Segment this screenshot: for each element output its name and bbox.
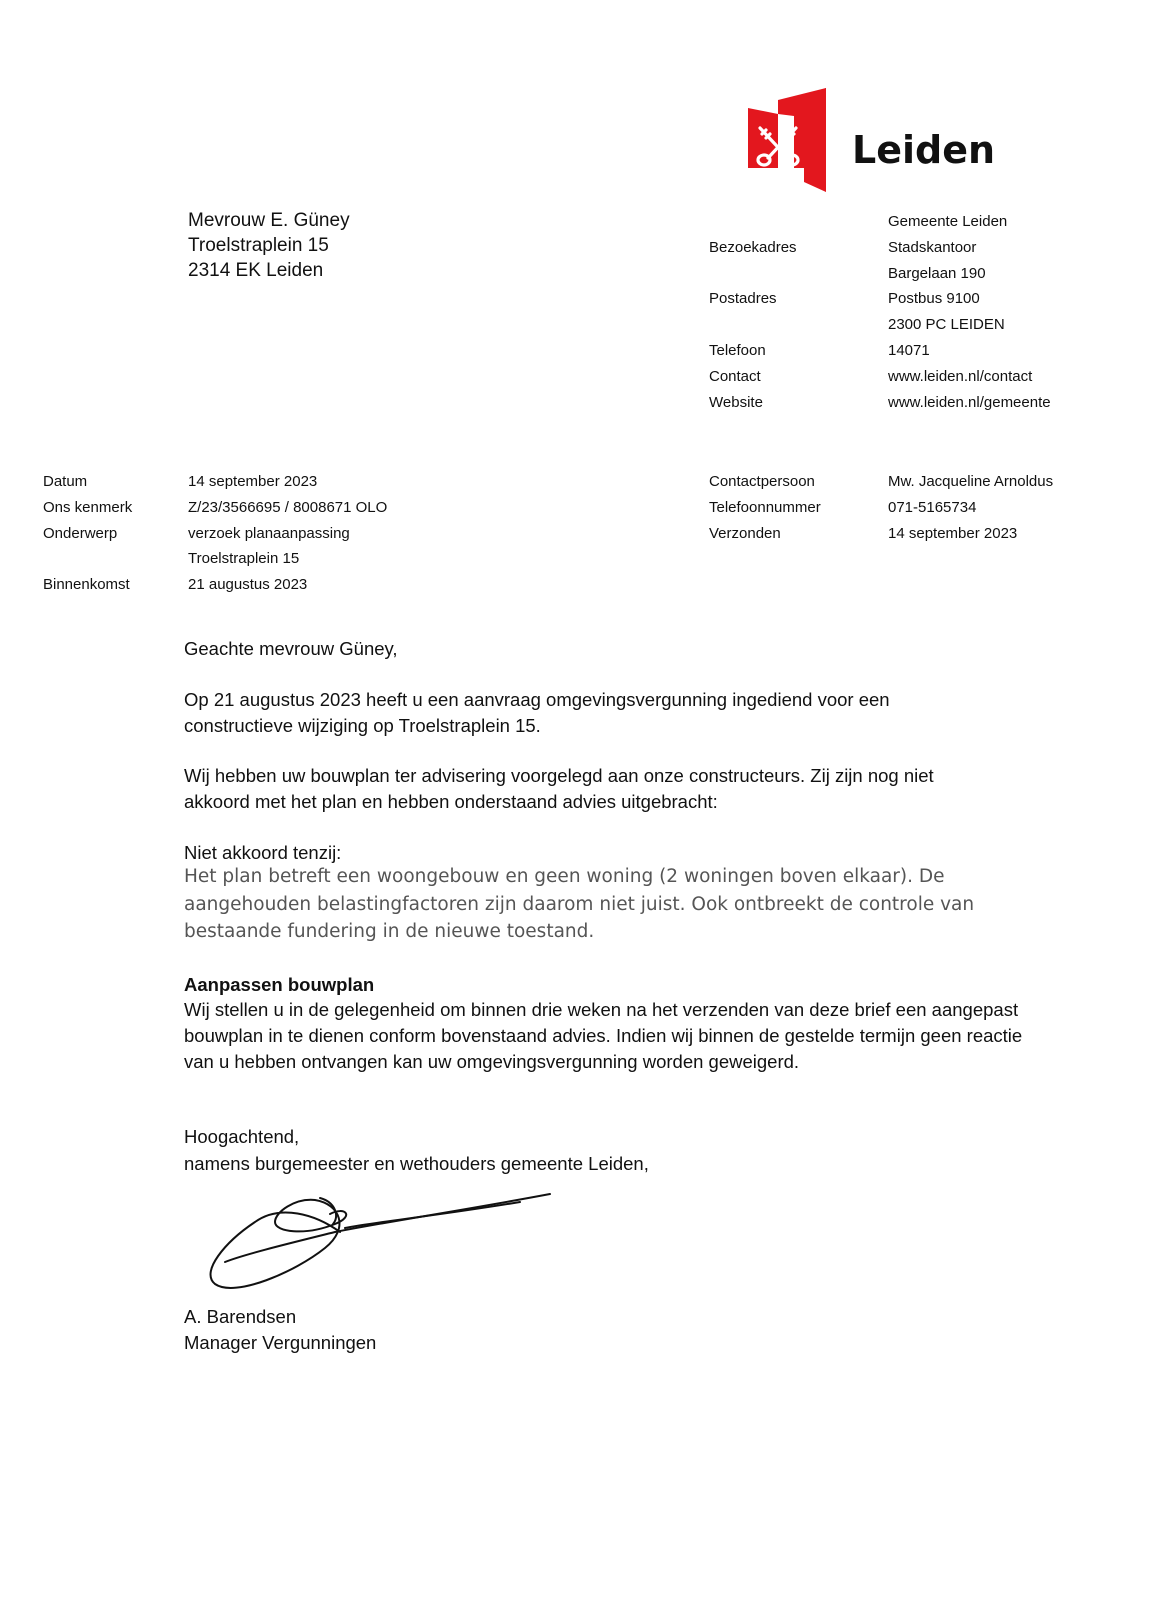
brand-name: Leiden xyxy=(852,128,995,172)
sender-organization: Gemeente Leiden xyxy=(888,209,1051,235)
recipient-city: 2314 EK Leiden xyxy=(188,258,350,283)
contact-label: Verzonden xyxy=(709,521,821,547)
closing: Hoogachtend, xyxy=(184,1124,1044,1150)
signatory-title: Manager Vergunningen xyxy=(184,1330,1044,1356)
reference-label: Ons kenmerk xyxy=(43,495,132,521)
sender-info-label: Website xyxy=(709,390,797,416)
sender-info-label: Telefoon xyxy=(709,338,797,364)
sender-info-label: Postadres xyxy=(709,286,797,312)
salutation: Geachte mevrouw Güney, xyxy=(184,636,1044,662)
recipient-address: Mevrouw E. Güney Troelstraplein 15 2314 … xyxy=(188,208,350,283)
postal-address-city: 2300 PC LEIDEN xyxy=(888,312,1051,338)
contact-values: Mw. Jacqueline Arnoldus 071-5165734 14 s… xyxy=(888,469,1053,546)
sender-info-label xyxy=(709,312,797,338)
sender-info-labels: Bezoekadres Postadres Telefoon Contact W… xyxy=(709,209,797,415)
subject-address-value: Troelstraplein 15 xyxy=(188,546,387,572)
sent-date-value: 14 september 2023 xyxy=(888,521,1053,547)
signatory-name: A. Barendsen xyxy=(184,1304,1044,1330)
sender-info-label xyxy=(709,209,797,235)
signature-icon xyxy=(205,1192,565,1312)
sender-info-label xyxy=(709,261,797,287)
received-date-value: 21 augustus 2023 xyxy=(188,572,387,598)
contact-link[interactable]: www.leiden.nl/contact xyxy=(888,364,1051,390)
reference-label: Datum xyxy=(43,469,132,495)
advice-text: Het plan betreft een woongebouw en geen … xyxy=(184,863,984,946)
recipient-street: Troelstraplein 15 xyxy=(188,233,350,258)
contact-labels: Contactpersoon Telefoonnummer Verzonden xyxy=(709,469,821,546)
section-heading: Aanpassen bouwplan xyxy=(184,972,1044,998)
postal-address-box: Postbus 9100 xyxy=(888,286,1051,312)
website-link[interactable]: www.leiden.nl/gemeente xyxy=(888,390,1051,416)
sender-info-values: Gemeente Leiden Stadskantoor Bargelaan 1… xyxy=(888,209,1051,415)
sender-info-label: Bezoekadres xyxy=(709,235,797,261)
on-behalf-line: namens burgemeester en wethouders gemeen… xyxy=(184,1151,1044,1177)
visit-address-street: Bargelaan 190 xyxy=(888,261,1051,287)
reference-label xyxy=(43,546,132,572)
our-reference-value: Z/23/3566695 / 8008671 OLO xyxy=(188,495,387,521)
reference-label: Binnenkomst xyxy=(43,572,132,598)
contact-label: Telefoonnummer xyxy=(709,495,821,521)
reference-label: Onderwerp xyxy=(43,521,132,547)
recipient-name: Mevrouw E. Güney xyxy=(188,208,350,233)
contact-label: Contactpersoon xyxy=(709,469,821,495)
contact-phone-value: 071-5165734 xyxy=(888,495,1053,521)
section-text: Wij stellen u in de gelegenheid om binne… xyxy=(184,997,1034,1074)
phone-number: 14071 xyxy=(888,338,1051,364)
advice-heading: Niet akkoord tenzij: xyxy=(184,840,1044,866)
paragraph-advice-intro: Wij hebben uw bouwplan ter advisering vo… xyxy=(184,763,1004,815)
sender-info-label: Contact xyxy=(709,364,797,390)
paragraph-application: Op 21 augustus 2023 heeft u een aanvraag… xyxy=(184,687,974,739)
reference-values: 14 september 2023 Z/23/3566695 / 8008671… xyxy=(188,469,387,598)
contact-person-value: Mw. Jacqueline Arnoldus xyxy=(888,469,1053,495)
visit-address-building: Stadskantoor xyxy=(888,235,1051,261)
reference-labels: Datum Ons kenmerk Onderwerp Binnenkomst xyxy=(43,469,132,598)
subject-value: verzoek planaanpassing xyxy=(188,521,387,547)
date-value: 14 september 2023 xyxy=(188,469,387,495)
